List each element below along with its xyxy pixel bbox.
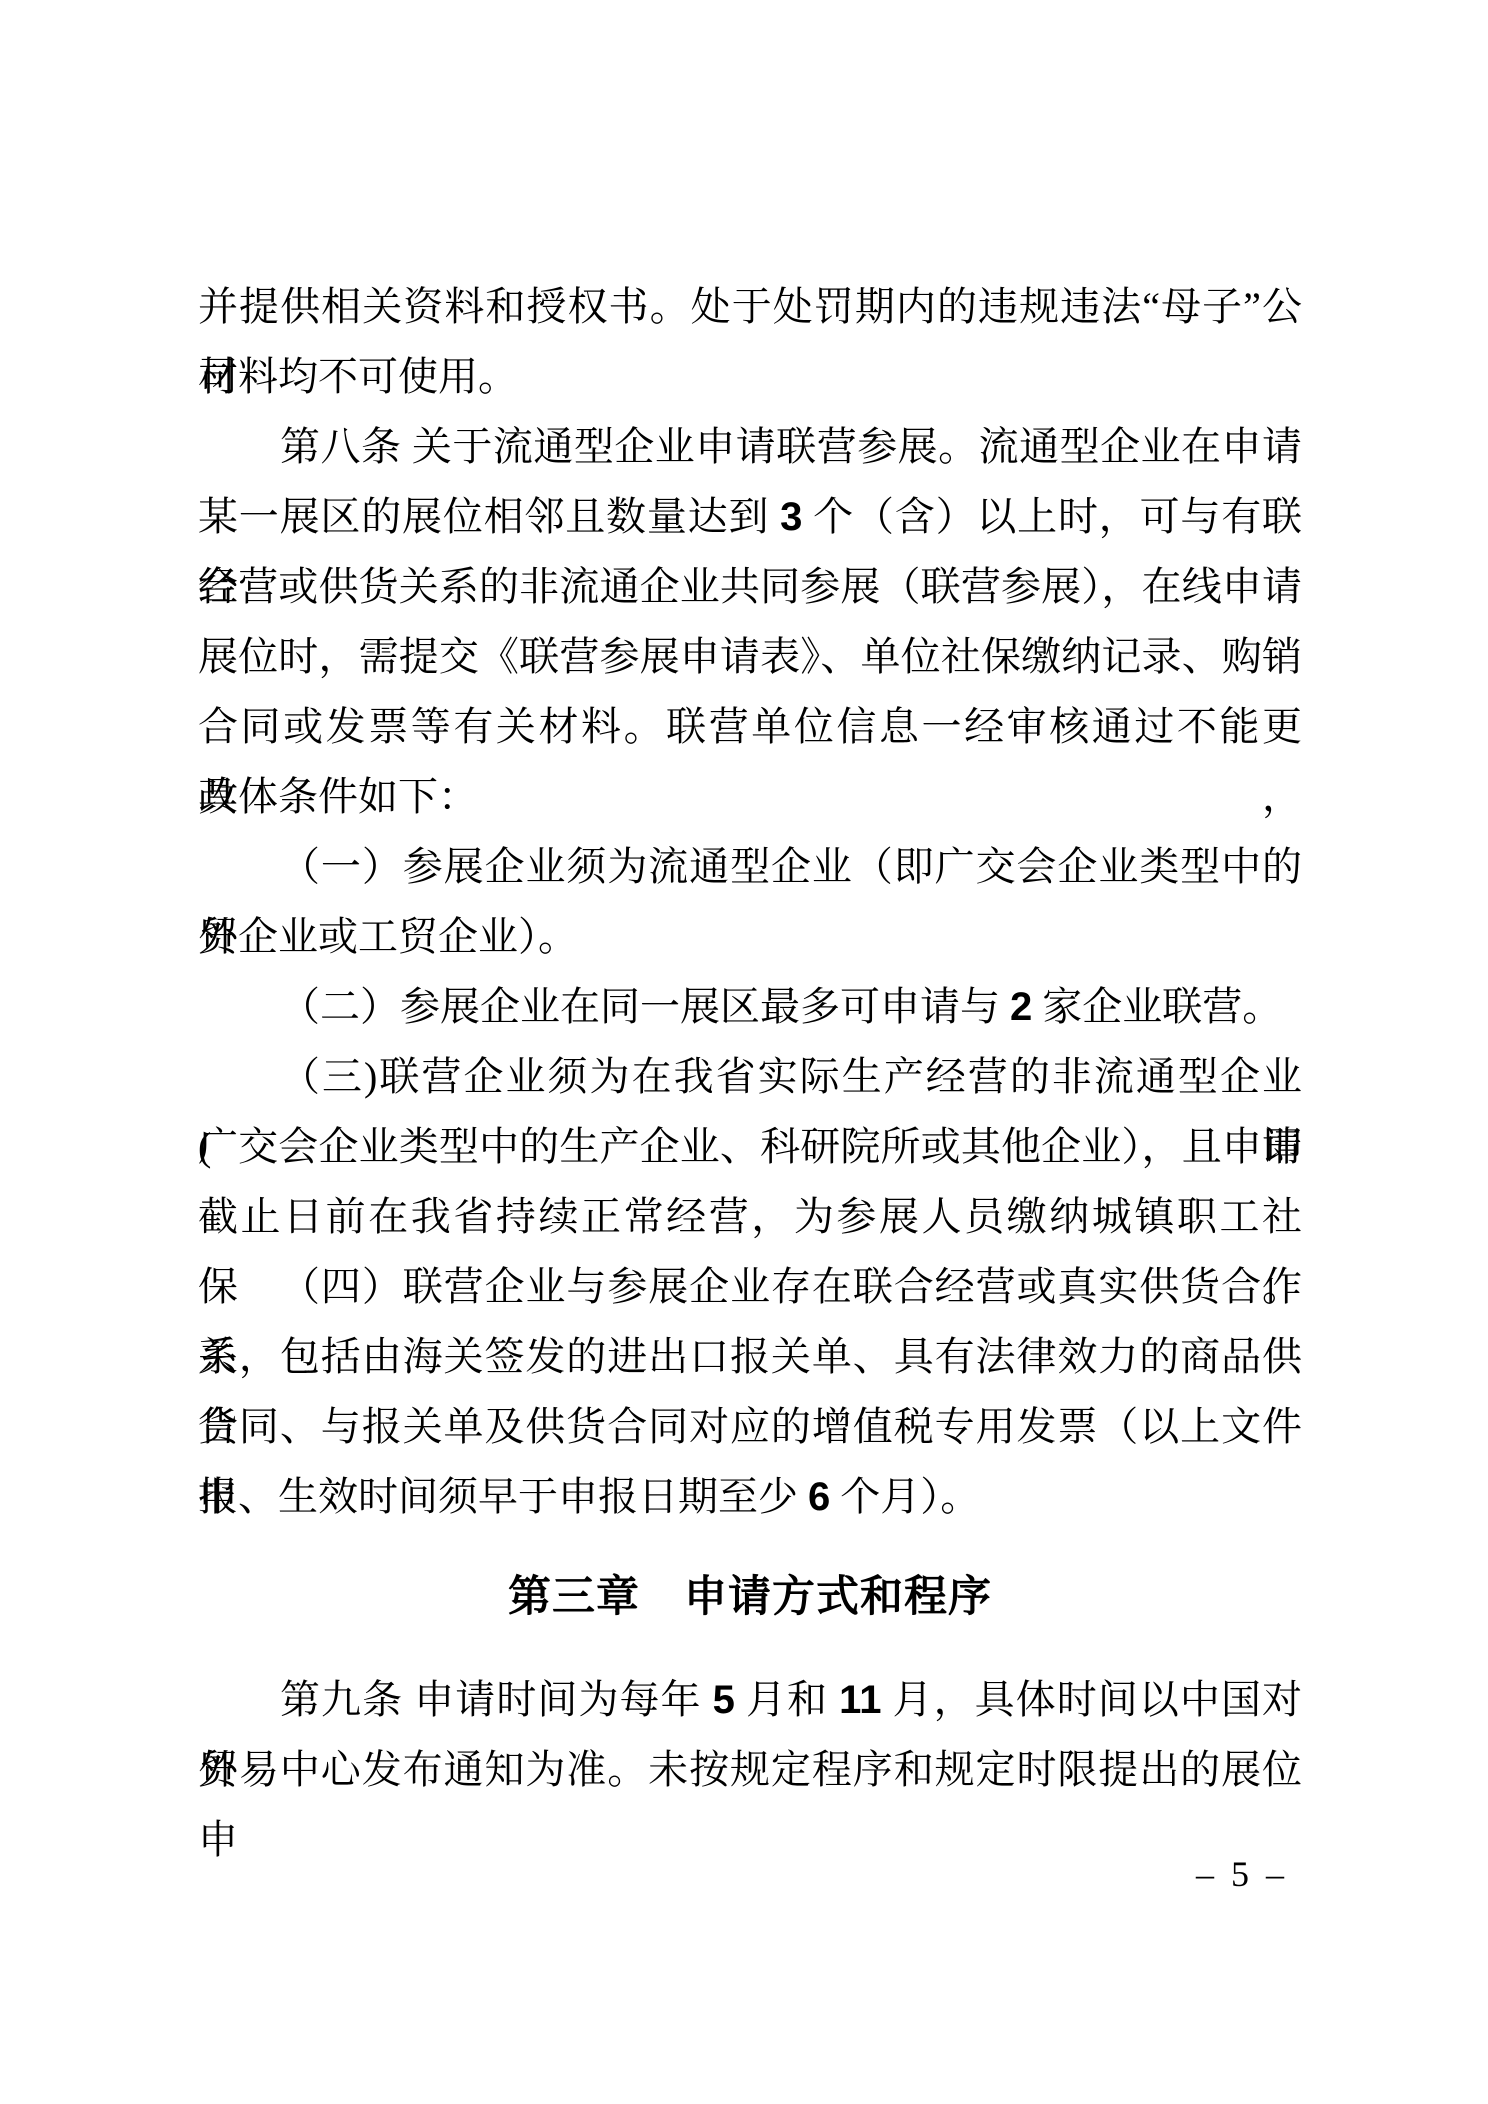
numeral: 2: [1010, 985, 1032, 1029]
document-line: 材料均不可使用。: [198, 342, 1302, 412]
document-line: （二）参展企业在同一展区最多可申请与 2 家企业联营。: [198, 972, 1302, 1042]
document-line: 并提供相关资料和授权书。处于处罚期内的违规违法“母子”公司: [198, 272, 1302, 342]
document-line: 第八条 关于流通型企业申请联营参展。流通型企业在申请: [198, 412, 1302, 482]
document-line: 报、生效时间须早于申报日期至少 6 个月）。: [198, 1462, 1302, 1532]
document-line: 广交会企业类型中的生产企业、科研院所或其他企业），且申请: [198, 1112, 1302, 1182]
numeral: 5: [713, 1678, 735, 1722]
document-line: （四）联营企业与参展企业存在联合经营或真实供货合作关: [198, 1252, 1302, 1322]
document-line: 某一展区的展位相邻且数量达到 3 个（含）以上时，可与有联合: [198, 482, 1302, 552]
page-number: – 5 –: [1196, 1853, 1288, 1895]
document-line: 系，包括由海关签发的进出口报关单、具有法律效力的商品供货: [198, 1322, 1302, 1392]
numeral: 3: [780, 495, 802, 539]
document-line: 贸企业或工贸企业）。: [198, 902, 1302, 972]
document-line: 贸易中心发布通知为准。未按规定程序和规定时限提出的展位申: [198, 1735, 1302, 1805]
document-line: 合同、与报关单及供货合同对应的增值税专用发票（以上文件申: [198, 1392, 1302, 1462]
document-body: 并提供相关资料和授权书。处于处罚期内的违规违法“母子”公司材料均不可使用。第八条…: [198, 272, 1302, 1805]
document-line: 展位时，需提交《联营参展申请表》、单位社保缴纳记录、购销: [198, 622, 1302, 692]
document-line: （一）参展企业须为流通型企业（即广交会企业类型中的外: [198, 832, 1302, 902]
document-line: 经营或供货关系的非流通企业共同参展（联营参展），在线申请: [198, 552, 1302, 622]
document-line: （三)联营企业须为在我省实际生产经营的非流通型企业(即: [198, 1042, 1302, 1112]
numeral: 6: [808, 1475, 830, 1519]
document-line: 第九条 申请时间为每年 5 月和 11 月，具体时间以中国对外: [198, 1665, 1302, 1735]
chapter-heading: 第三章 申请方式和程序: [198, 1562, 1302, 1632]
document-line: 截止日前在我省持续正常经营，为参展人员缴纳城镇职工社保。: [198, 1182, 1302, 1252]
numeral: 11: [839, 1678, 881, 1722]
document-line: 合同或发票等有关材料。联营单位信息一经审核通过不能更改，: [198, 692, 1302, 762]
